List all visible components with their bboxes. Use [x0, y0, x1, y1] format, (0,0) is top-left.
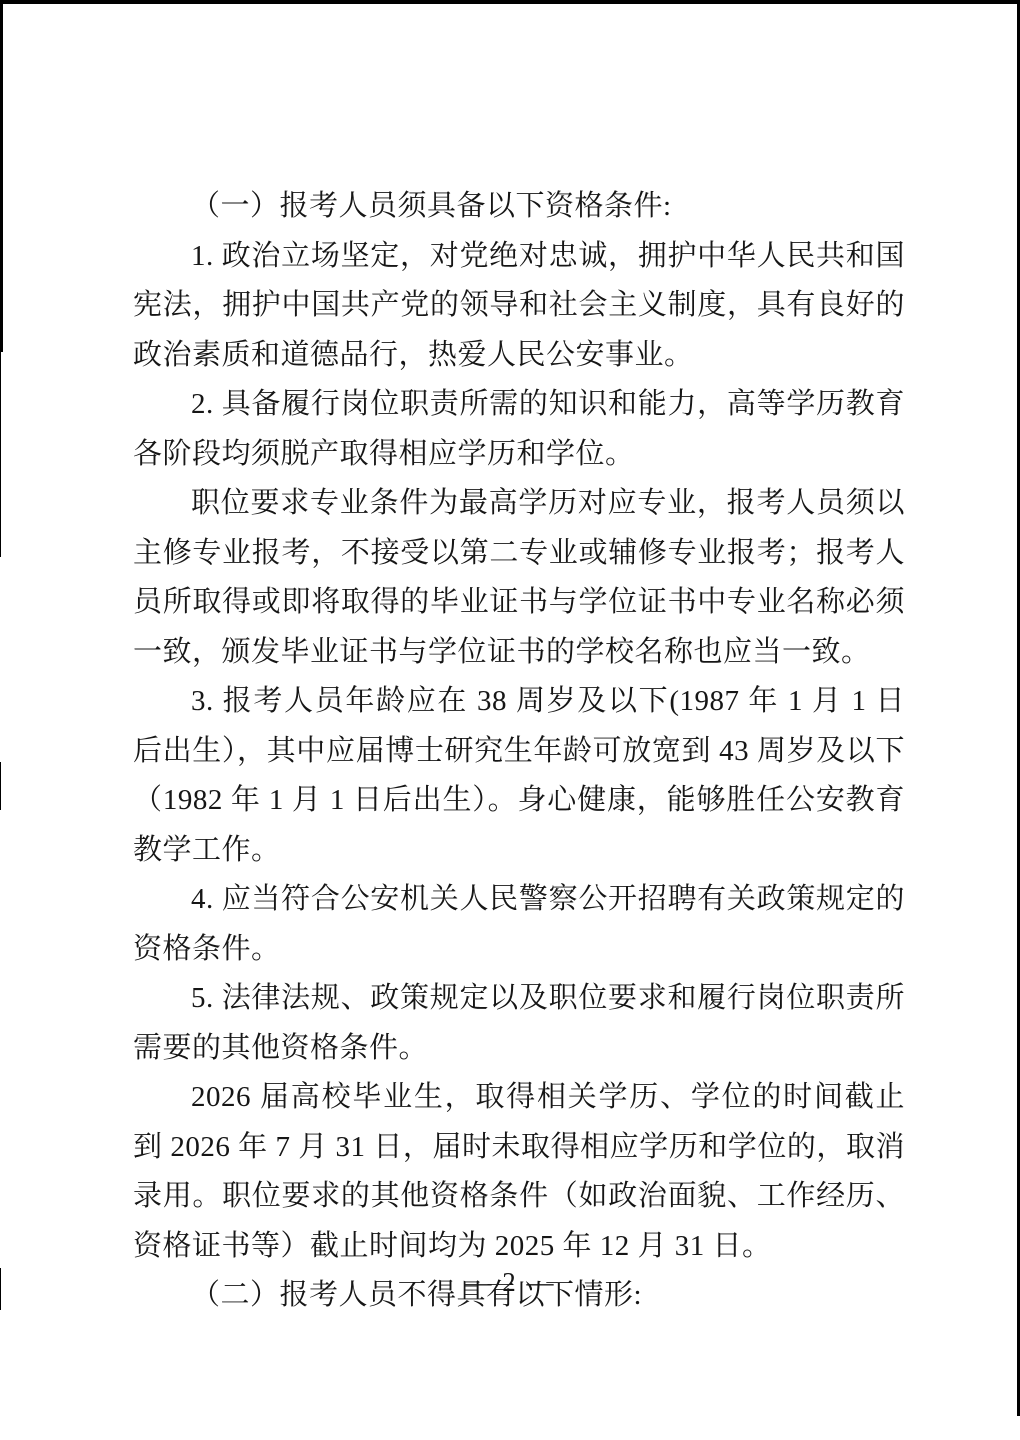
paragraph-major-requirement: 职位要求专业条件为最高学历对应专业，报考人员须以主修专业报考，不接受以第二专业或…: [133, 479, 905, 677]
scan-edge-left: [0, 352, 1, 557]
paragraph-condition-4: 4. 应当符合公安机关人民警察公开招聘有关政策规定的资格条件。: [133, 875, 905, 974]
scan-edge-left: [0, 762, 1, 810]
document-body: （一）报考人员须具备以下资格条件: 1. 政治立场坚定，对党绝对忠诚，拥护中华人…: [133, 182, 905, 1321]
scanned-document-page: （一）报考人员须具备以下资格条件: 1. 政治立场坚定，对党绝对忠诚，拥护中华人…: [0, 0, 1020, 1440]
scan-edge-left: [0, 0, 3, 352]
scan-edge-top: [0, 0, 1020, 4]
paragraph-condition-5: 5. 法律法规、政策规定以及职位要求和履行岗位职责所需要的其他资格条件。: [133, 974, 905, 1073]
paragraph-condition-3: 3. 报考人员年龄应在 38 周岁及以下(1987 年 1 月 1 日后出生），…: [133, 677, 905, 875]
section-1-heading: （一）报考人员须具备以下资格条件:: [133, 182, 905, 232]
paragraph-graduate-deadline: 2026 届高校毕业生，取得相关学历、学位的时间截止到 2026 年 7 月 3…: [133, 1073, 905, 1271]
paragraph-condition-1: 1. 政治立场坚定，对党绝对忠诚，拥护中华人民共和国宪法，拥护中国共产党的领导和…: [133, 232, 905, 381]
paragraph-condition-2: 2. 具备履行岗位职责所需的知识和能力，高等学历教育各阶段均须脱产取得相应学历和…: [133, 380, 905, 479]
page-number: — 2 —: [0, 1262, 1020, 1302]
